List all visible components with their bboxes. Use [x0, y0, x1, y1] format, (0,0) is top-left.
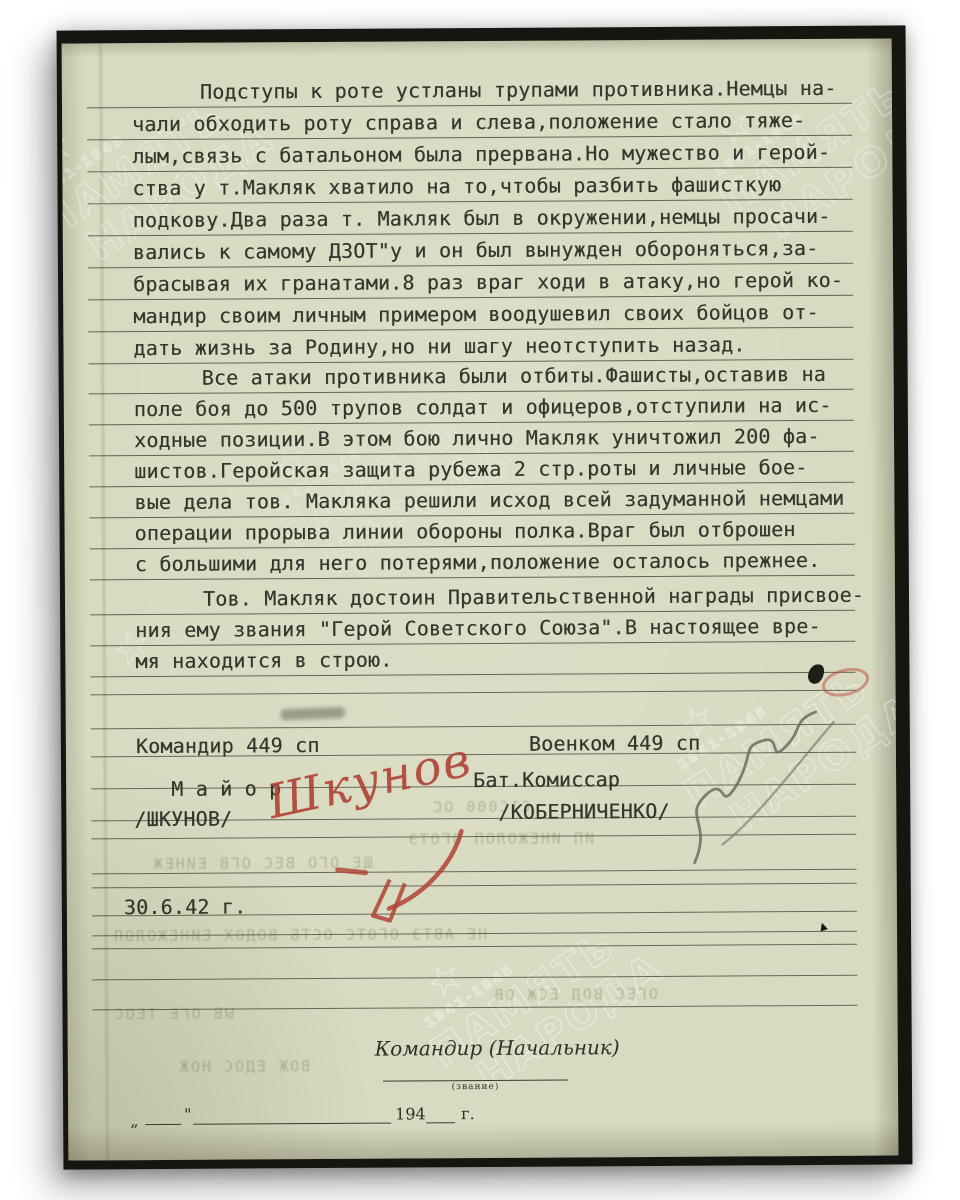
form-rank-caption: (звание) [383, 1081, 568, 1092]
text-line: вались к самому ДЗОТ"у и он был вынужден… [88, 232, 853, 269]
paragraph-1: Подступы к роте устланы трупами противни… [87, 72, 854, 365]
form-blank-line [426, 1122, 455, 1123]
open-quote: „ [130, 1111, 138, 1130]
text-line: шистов.Геройская защита рубежа 2 стр.рот… [89, 452, 854, 488]
form-blank-line [145, 1124, 181, 1125]
text-line: ства у т.Макляк хватило на то,чтобы разб… [87, 168, 852, 205]
form-rank-line: (звание) [383, 1079, 568, 1092]
bleed-through-text: ЫВ ОГЕ ТЕОС [112, 1005, 233, 1024]
paragraph-2: Все атаки противника были отбиты.Фашисты… [89, 359, 855, 581]
commander-name: /ШКУНОВ/ [134, 807, 232, 832]
text-line: подкову.Два раза т. Макляк был в окружен… [88, 200, 853, 237]
ruled-line [91, 690, 856, 696]
text-line: мандир своим личным примером воодушевил … [88, 296, 853, 333]
bleed-through-text: ВОЖ ЕДОС НОЖ [178, 1057, 310, 1076]
text-line: мя находится в строю. [90, 642, 855, 678]
text-line: чали обходить роту справа и слева,положе… [87, 104, 852, 141]
text-line: Все атаки противника были отбиты.Фашисты… [89, 359, 854, 395]
text-line: вые дела тов. Макляка решили исход всей … [89, 483, 854, 519]
form-year-prefix: 194 [395, 1104, 426, 1123]
paragraph-3: Тов. Макляк достоин Правительственной на… [90, 580, 856, 678]
document-date: 30.6.42 г. [124, 894, 247, 919]
text-line: лым,связь с батальоном была прервана.Но … [87, 136, 852, 173]
document-scan: ★ 1941-1945 ПАМЯТЬ НАРОДА ★ 1941-1945 ПА… [0, 0, 960, 1200]
ink-smudge [281, 707, 345, 721]
commissar-autograph [666, 694, 867, 885]
commissar-name: /КОБЕРНИЧЕНКО/ [498, 799, 670, 824]
form-commander-label: Командир (Начальник) [375, 1035, 620, 1060]
bleed-through-text: ОГЕС ВОД ЕСЖ ОВ [492, 985, 658, 1004]
close-quote: " [184, 1105, 191, 1124]
text-line: Подступы к роте устланы трупами противни… [87, 72, 852, 109]
text-line: поле боя до 500 трупов солдат и офицеров… [89, 390, 854, 426]
bleed-through-text: ЩЕ ОГО ВЕС ОГВ ЕИНЕЖ [152, 854, 373, 873]
text-line: Тов. Макляк достоин Правительственной на… [90, 580, 855, 616]
commissar-title: Военком 449 сп [529, 731, 701, 756]
text-line: ния ему звания "Герой Советского Союза".… [90, 611, 855, 647]
book-edge-backing: ★ 1941-1945 ПАМЯТЬ НАРОДА ★ 1941-1945 ПА… [57, 25, 913, 1169]
text-line: ходные позиции.В этом бою лично Макляк у… [89, 421, 854, 457]
form-blank-line [193, 1123, 391, 1125]
ruled-line [92, 975, 857, 981]
commander-title: Командир 449 сп [136, 733, 320, 758]
text-line: брасывая их гранатами.8 раз враг ходи в … [88, 264, 853, 301]
text-line: операции прорыва линии обороны полка.Вра… [90, 514, 855, 550]
ruled-line [92, 883, 857, 889]
commissar-rank: Бат.Комиссар [473, 767, 620, 792]
bleed-through-text: ИП ИНЕЖОЛОП ОГОТЭ [406, 829, 594, 848]
award-sheet-page: ★ 1941-1945 ПАМЯТЬ НАРОДА ★ 1941-1945 ПА… [62, 39, 899, 1161]
form-year-suffix: г. [461, 1104, 475, 1123]
ruled-line [91, 724, 856, 730]
text-line: с большими для него потерями,положение о… [90, 545, 855, 581]
arrow-mark: ▲ [817, 918, 829, 935]
